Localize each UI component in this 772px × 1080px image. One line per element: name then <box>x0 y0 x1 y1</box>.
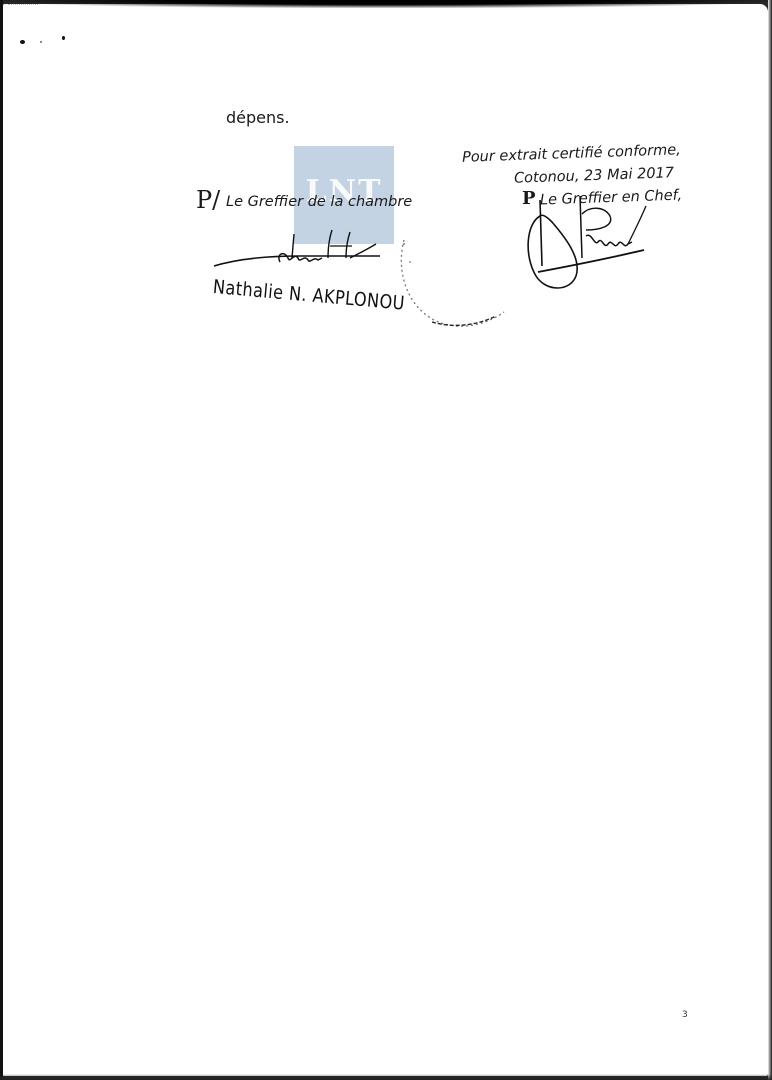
left-signatory-title: Le Greffier de la chambre <box>226 194 412 210</box>
page-number: 3 <box>682 1010 688 1020</box>
page-number-area: 3 <box>664 1002 704 1032</box>
official-seal-icon <box>392 200 532 335</box>
scan-bottom-edge <box>0 1074 772 1080</box>
pp-mark: P/ <box>196 186 220 214</box>
body-text-end: dépens. <box>226 108 290 127</box>
scan-left-edge <box>0 0 3 1080</box>
scan-top-shadow <box>0 0 772 8</box>
right-signature-icon <box>520 196 670 296</box>
left-signature-icon <box>210 228 390 278</box>
scan-right-edge <box>768 0 772 1080</box>
